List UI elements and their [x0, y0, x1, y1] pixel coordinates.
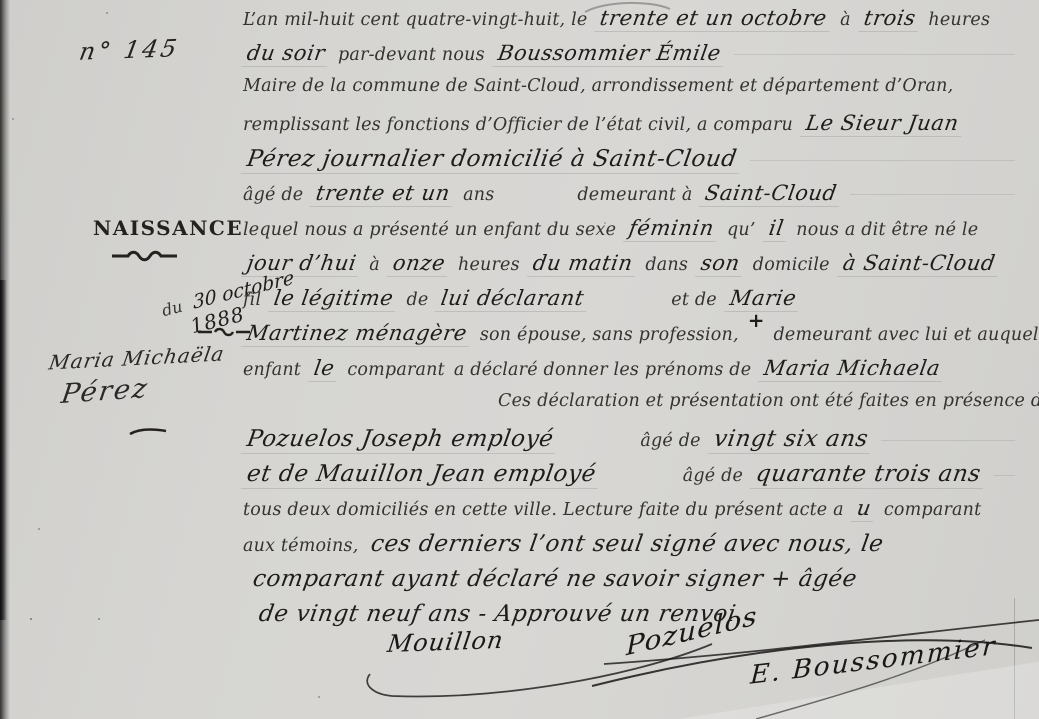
printed-form-text: remplissant les fonctions d’Officier de …	[243, 115, 793, 135]
printed-form-text: L’an mil-huit cent quatre-vingt-huit, le	[243, 10, 587, 30]
scan-left-edge-shadow	[0, 280, 7, 620]
body-lines: L’an mil-huit cent quatre-vingt-huit, le…	[243, 6, 1023, 636]
printed-form-text: demeurant à	[577, 185, 692, 205]
handwritten-entry: du matin	[527, 251, 639, 277]
printed-form-text: Ces déclaration et présentation ont été …	[498, 391, 1039, 411]
printed-form-text: Maire de la commune de Saint-Cloud, arro…	[243, 76, 953, 96]
printed-form-text: fil	[243, 290, 261, 310]
handwritten-entry: Saint-Cloud	[699, 181, 843, 207]
margin-child-forenames: Maria Michaëla	[47, 341, 226, 374]
margin-date-prefix: du	[160, 297, 185, 320]
handwritten-entry: le légitime	[268, 286, 399, 312]
handwritten-entry: quarante trois ans	[750, 461, 987, 489]
printed-form-text: heures	[928, 10, 990, 30]
record-line: jour d’huiàonzeheuresdu matindanssondomi…	[243, 251, 1023, 286]
record-line: et de Mauillon Jean employéâgé dequarant…	[243, 461, 1023, 496]
record-line: aux témoins,ces derniers l’ont seul sign…	[243, 531, 1023, 566]
flourish-under-surname	[130, 430, 166, 434]
printed-form-text: de	[407, 290, 429, 310]
record-line: Ces déclaration et présentation ont été …	[243, 391, 1023, 426]
printed-form-text: comparant	[347, 360, 444, 380]
handwritten-entry: Maria Michaela	[758, 356, 946, 382]
record-line: tous deux domiciliés en cette ville. Lec…	[243, 496, 1023, 531]
printed-form-text: à	[369, 255, 380, 275]
handwritten-entry: à Saint-Cloud	[837, 251, 1001, 277]
margin-child-surname: Pérez	[59, 373, 151, 410]
printed-form-text: enfant	[243, 360, 301, 380]
record-line: du soirpar-devant nousBoussommier Émile	[243, 41, 1023, 76]
printed-form-text: dans	[645, 255, 688, 275]
printed-form-text: tous deux domiciliés en cette ville. Lec…	[243, 500, 844, 520]
handwritten-entry: Boussommier Émile	[492, 41, 727, 67]
printed-form-text: ans	[463, 185, 494, 205]
handwritten-entry: trois	[858, 6, 922, 32]
handwritten-entry: et de Mauillon Jean employé	[241, 461, 602, 489]
printed-form-text: lequel nous a présenté un enfant du sexe	[243, 220, 616, 240]
flourish-under-naissance	[112, 252, 177, 260]
handwritten-entry: son	[695, 251, 746, 277]
handwritten-entry: vingt six ans	[707, 426, 873, 454]
record-line: comparant ayant déclaré ne savoir signer…	[243, 566, 1023, 601]
handwritten-entry: trente et un	[310, 181, 456, 207]
record-line: enfantlecomparanta déclaré donner les pr…	[243, 356, 1023, 391]
printed-form-text: âgé de	[640, 431, 700, 451]
printed-form-text: aux témoins,	[243, 536, 358, 556]
printed-form-text: son épouse, sans profession,	[480, 325, 739, 345]
handwritten-entry: jour d’hui	[241, 251, 362, 277]
record-line: Pozuelos Joseph employéâgé devingt six a…	[243, 426, 1023, 461]
printed-form-text: qu’	[727, 220, 756, 240]
record-line: remplissant les fonctions d’Officier de …	[243, 111, 1023, 146]
paper-specks	[30, 618, 32, 620]
act-number: n° 145	[77, 34, 182, 65]
handwritten-entry: lui déclarant	[435, 286, 590, 312]
printed-form-text: âgé de	[243, 185, 303, 205]
printed-form-text: nous a dit être né le	[796, 220, 978, 240]
handwritten-entry: onze	[387, 251, 451, 277]
printed-form-text: et de	[671, 290, 717, 310]
printed-form-text: heures	[458, 255, 520, 275]
record-line: lequel nous a présenté un enfant du sexe…	[243, 216, 1023, 251]
printed-form-text: par-devant nous	[338, 45, 485, 65]
handwritten-entry: Martinez ménagère	[241, 321, 473, 347]
printed-form-text: à	[840, 10, 851, 30]
handwritten-entry: trente et un octobre	[594, 6, 833, 32]
printed-form-text: comparant	[884, 500, 981, 520]
record-line: Pérez journalier domicilié à Saint-Cloud	[243, 146, 1023, 181]
printed-form-text: a déclaré donner les prénoms de	[454, 360, 751, 380]
handwritten-entry: u	[851, 496, 877, 522]
handwritten-entry: Le Sieur Juan	[800, 111, 965, 137]
handwritten-entry: le	[308, 356, 340, 382]
record-line: fille légitimedelui déclarantet deMarie	[243, 286, 1023, 321]
record-line: âgé detrente et unansdemeurant àSaint-Cl…	[243, 181, 1023, 216]
handwritten-entry: ces derniers l’ont seul signé avec nous,…	[365, 531, 890, 558]
printed-form-text: âgé de	[683, 466, 743, 486]
handwritten-entry: Pozuelos Joseph employé	[241, 426, 560, 454]
record-line: L’an mil-huit cent quatre-vingt-huit, le…	[243, 6, 1023, 41]
birth-record-page: n° 145 NAISSANCE du 30 octobre 1888 Mari…	[0, 0, 1039, 719]
handwritten-entry: féminin	[623, 216, 720, 242]
handwritten-entry: Pérez journalier domicilié à Saint-Cloud	[241, 146, 743, 174]
handwritten-entry: il	[763, 216, 790, 242]
printed-form-text: demeurant avec lui et auquel	[773, 325, 1038, 345]
margin-title-naissance: NAISSANCE	[93, 216, 243, 240]
insertion-cross-mark: +	[748, 308, 765, 332]
record-line: Maire de la commune de Saint-Cloud, arro…	[243, 76, 1023, 111]
signature-witness-mouillon: Mouillon	[386, 626, 506, 658]
handwritten-entry: comparant ayant déclaré ne savoir signer…	[247, 566, 863, 593]
handwritten-entry: du soir	[241, 41, 331, 67]
printed-form-text: domicile	[753, 255, 830, 275]
record-line: Martinez ménagèreson épouse, sans profes…	[243, 321, 1023, 356]
